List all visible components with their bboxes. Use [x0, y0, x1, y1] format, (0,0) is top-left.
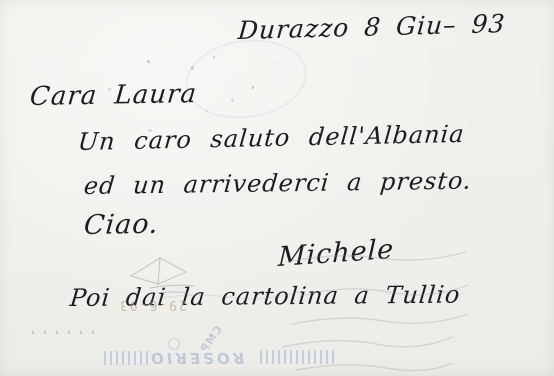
bleedthrough-dot-marks: [32, 331, 102, 334]
handwritten-body-line-1: Un caro saluto dell'Albania: [77, 120, 466, 156]
ink-speckle: [148, 129, 152, 132]
bleedthrough-barcode: [104, 351, 148, 365]
ink-speckle: [277, 63, 279, 65]
postcard-message-side: Durazzo 8 Giu– 93 Cara Laura Un caro sal…: [0, 0, 554, 376]
ink-speckle: [191, 66, 194, 70]
handwritten-signature: Michele: [277, 234, 394, 273]
ink-speckle: [147, 60, 150, 63]
ink-speckle: [206, 110, 208, 112]
postmark-ghost-ring: [180, 32, 312, 126]
bleedthrough-ring-mark: [168, 338, 180, 350]
ink-speckle: [213, 56, 215, 58]
ink-speckle: [252, 86, 254, 89]
ink-speckle: [162, 96, 164, 98]
handwritten-body-line-2: ed un arrivederci a presto.: [83, 167, 473, 200]
handwritten-dateline: Durazzo 8 Giu– 93: [237, 9, 507, 45]
ink-speckle: [108, 88, 111, 91]
bleedthrough-postmark-office: CMP: [197, 323, 225, 355]
handwritten-salutation: Cara Laura: [29, 79, 199, 112]
handwritten-postscript: Poi dai la cartolina a Tullio: [69, 281, 462, 312]
bleedthrough-barcode: [256, 350, 334, 364]
ink-speckle: [231, 99, 234, 102]
handwritten-body-line-3: Ciao.: [83, 209, 160, 241]
bleedthrough-postmark-town: ROSERIO: [147, 349, 245, 367]
